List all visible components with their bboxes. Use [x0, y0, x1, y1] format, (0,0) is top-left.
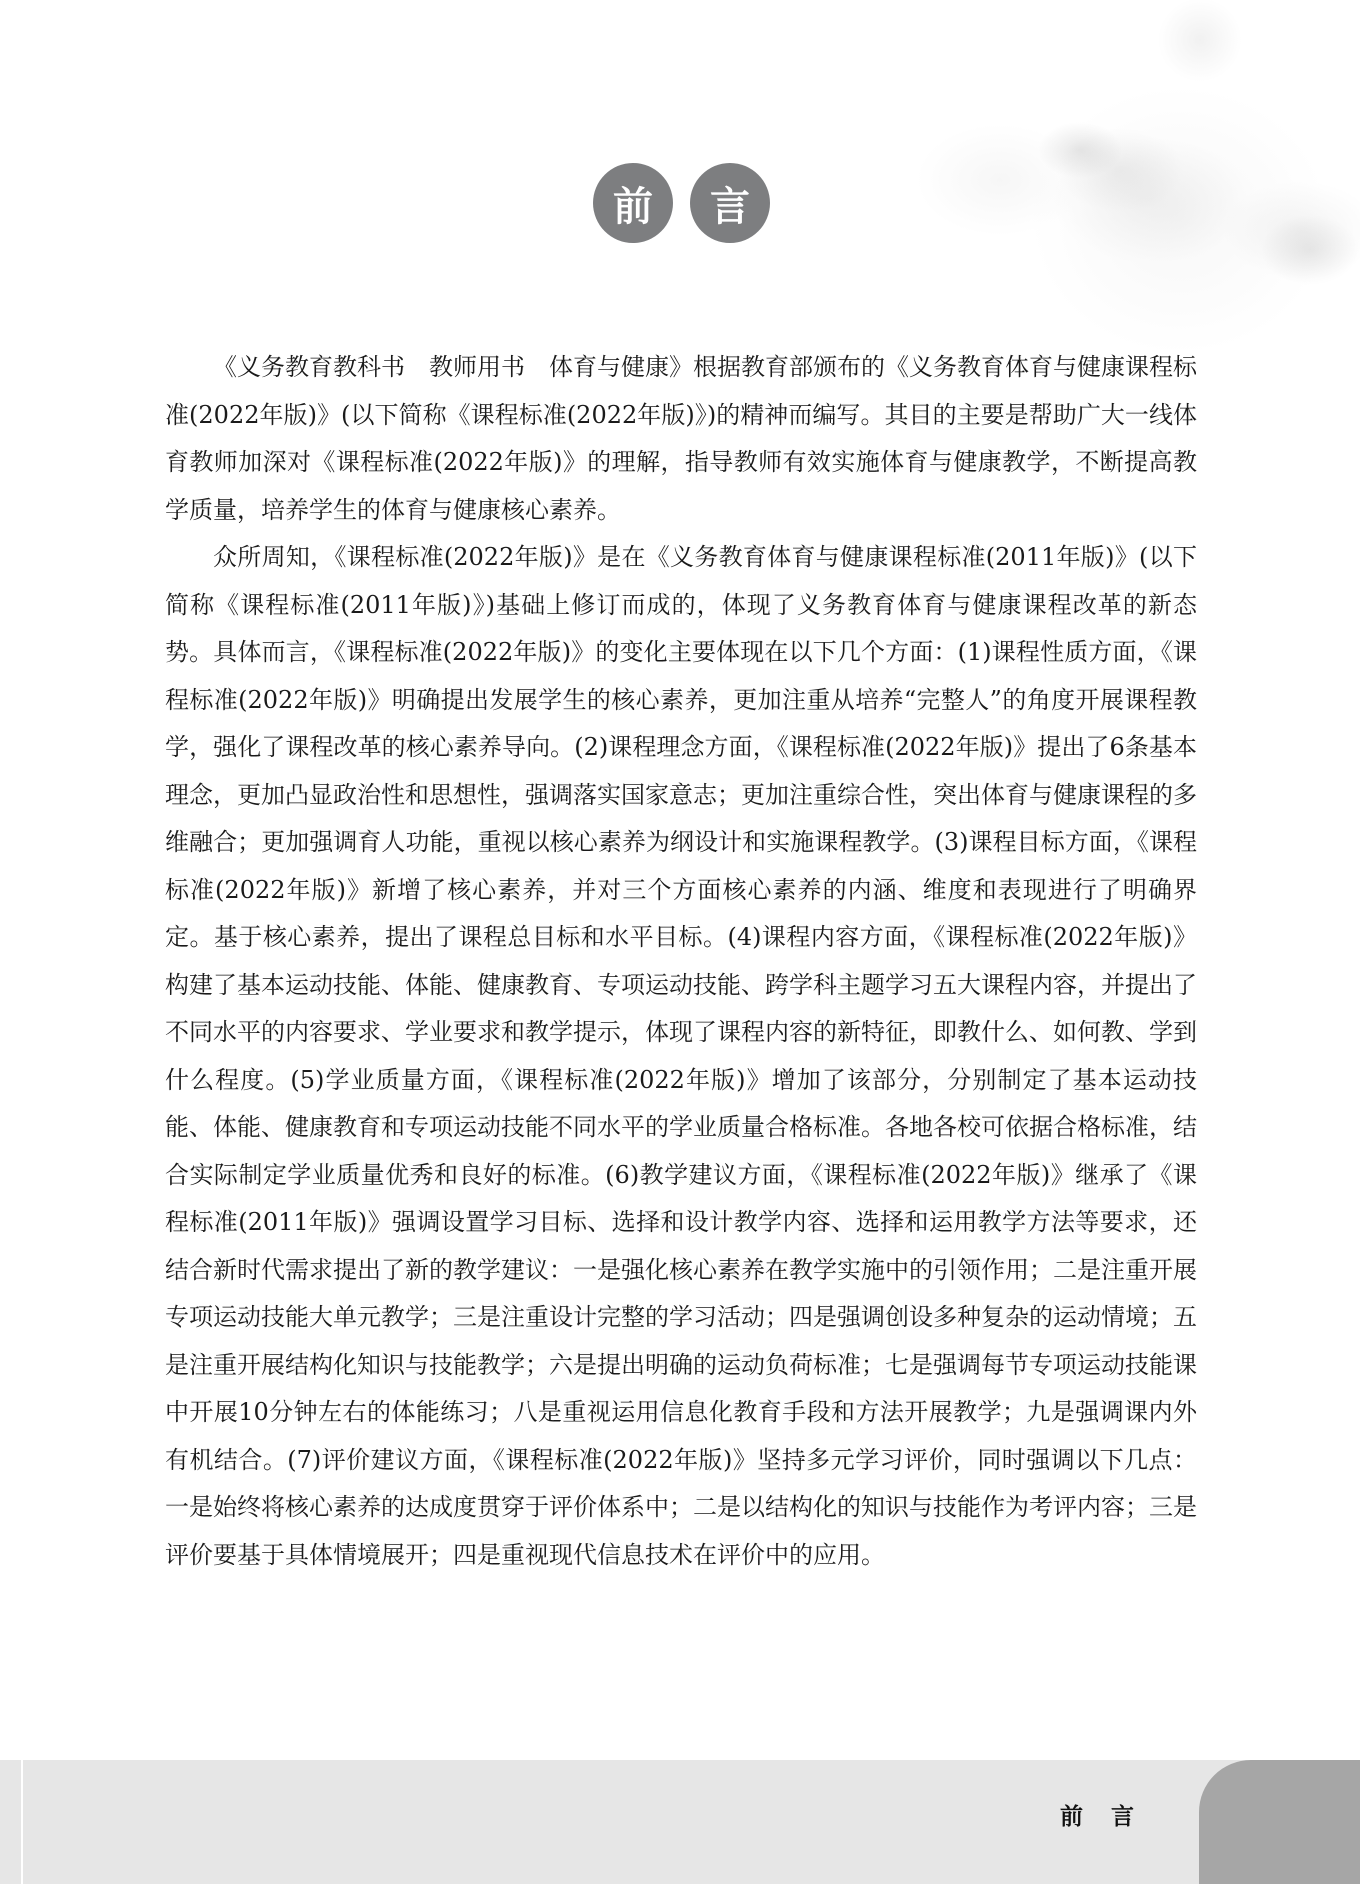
body-text: 《义务教育教科书 教师用书 体育与健康》根据教育部颁布的《义务教育体育与健康课程…: [165, 344, 1197, 1579]
page-footer: 前言: [0, 1760, 1360, 1884]
running-footer-title: 前言: [1060, 1798, 1162, 1831]
title-char: 前: [613, 175, 653, 232]
title-char-circle: 前: [593, 163, 673, 243]
paragraph-changes: 众所周知，《课程标准(2022年版)》是在《义务教育体育与健康课程标准(2011…: [165, 534, 1197, 1579]
title-char-circle: 言: [690, 163, 770, 243]
page-number-tab: [1199, 1760, 1360, 1884]
title-char: 言: [710, 175, 750, 232]
footer-divider: [21, 1760, 23, 1884]
page-title: 前 言: [593, 163, 770, 243]
paragraph-intro: 《义务教育教科书 教师用书 体育与健康》根据教育部颁布的《义务教育体育与健康课程…: [165, 344, 1197, 534]
